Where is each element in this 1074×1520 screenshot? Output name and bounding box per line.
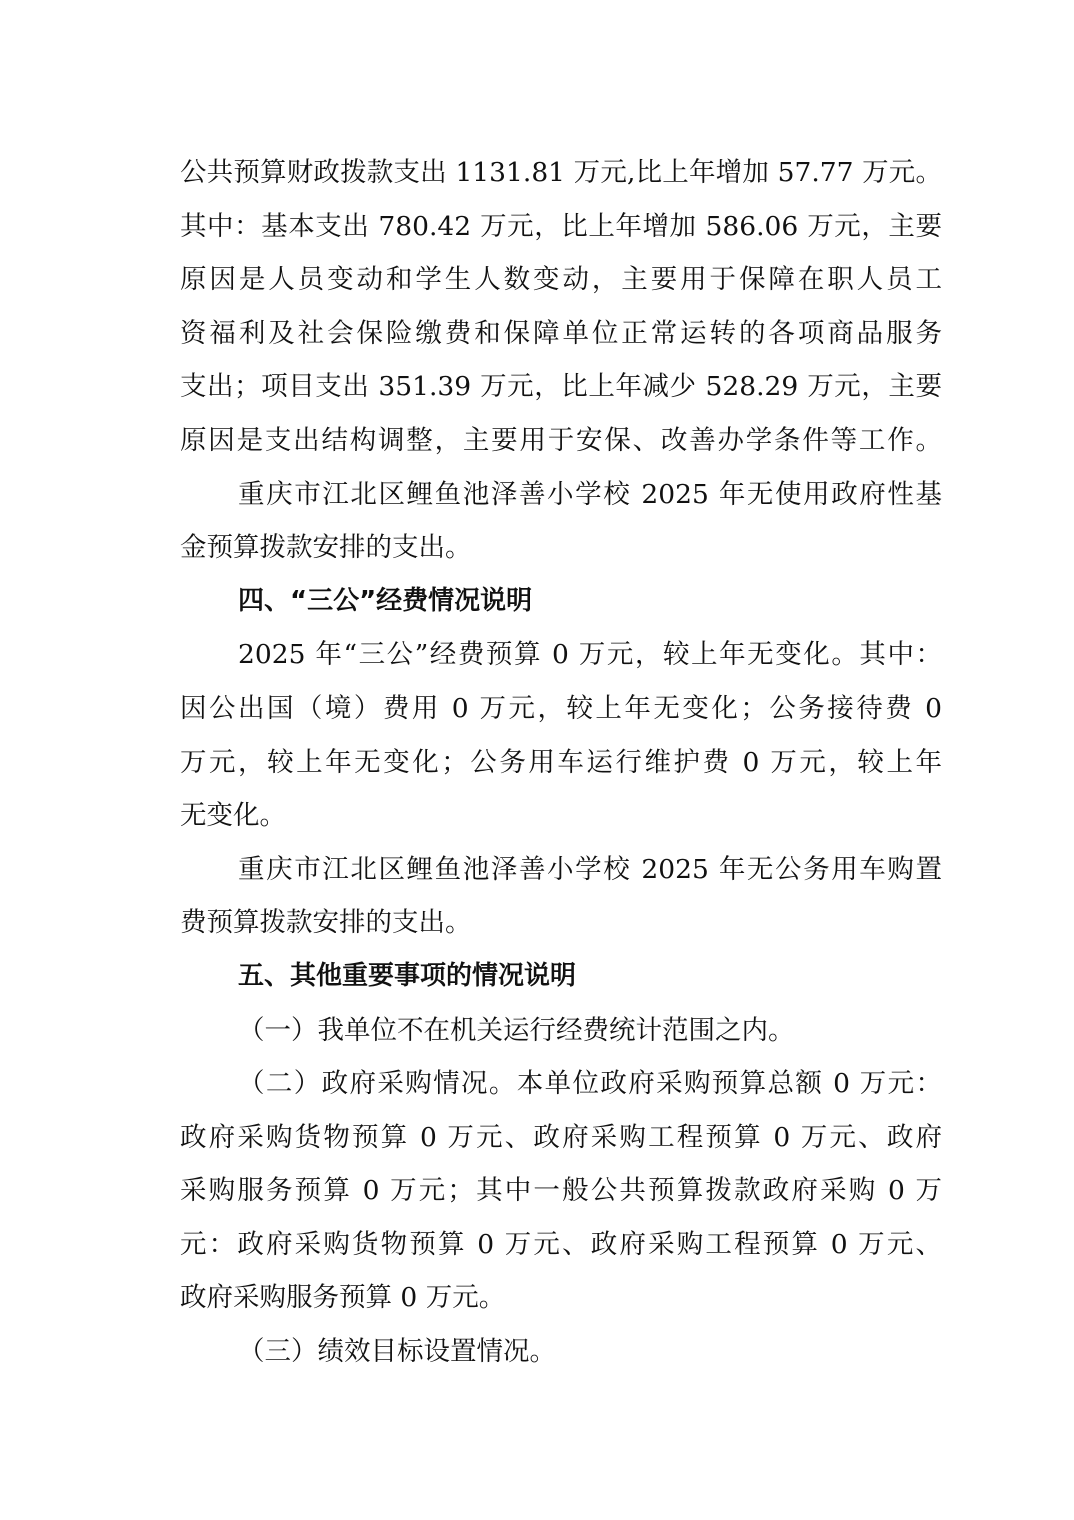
text-line: （二）政府采购情况。本单位政府采购预算总额 0 万元： bbox=[180, 1057, 942, 1111]
text-line: （一）我单位不在机关运行经费统计范围之内。 bbox=[180, 1004, 942, 1058]
text-line: 资福利及社会保险缴费和保障单位正常运转的各项商品服务 bbox=[180, 307, 942, 361]
paragraph-general-budget-expenditure: 公共预算财政拨款支出 1131.81 万元,比上年增加 57.77 万元。 其中… bbox=[180, 146, 942, 468]
heading-section-four: 四、“三公”经费情况说明 bbox=[180, 575, 942, 629]
text-line: 元：政府采购货物预算 0 万元、政府采购工程预算 0 万元、 bbox=[180, 1218, 942, 1272]
paragraph-item-three-performance: （三）绩效目标设置情况。 bbox=[180, 1325, 942, 1379]
paragraph-government-fund: 重庆市江北区鲤鱼池泽善小学校 2025 年无使用政府性基 金预算拨款安排的支出。 bbox=[180, 468, 942, 575]
paragraph-item-one: （一）我单位不在机关运行经费统计范围之内。 bbox=[180, 1004, 942, 1058]
text-line: 原因是支出结构调整，主要用于安保、改善办学条件等工作。 bbox=[180, 414, 942, 468]
heading-section-five: 五、其他重要事项的情况说明 bbox=[180, 950, 942, 1004]
paragraph-vehicle-purchase: 重庆市江北区鲤鱼池泽善小学校 2025 年无公务用车购置 费预算拨款安排的支出。 bbox=[180, 843, 942, 950]
text-line: 重庆市江北区鲤鱼池泽善小学校 2025 年无使用政府性基 bbox=[180, 468, 942, 522]
text-line: 其中：基本支出 780.42 万元，比上年增加 586.06 万元，主要 bbox=[180, 200, 942, 254]
text-line: 无变化。 bbox=[180, 789, 942, 843]
text-line: 公共预算财政拨款支出 1131.81 万元,比上年增加 57.77 万元。 bbox=[180, 146, 942, 200]
text-line: 政府采购货物预算 0 万元、政府采购工程预算 0 万元、政府 bbox=[180, 1111, 942, 1165]
text-line: 因公出国（境）费用 0 万元，较上年无变化；公务接待费 0 bbox=[180, 682, 942, 736]
text-line: 费预算拨款安排的支出。 bbox=[180, 896, 942, 950]
paragraph-three-public-expenses: 2025 年“三公”经费预算 0 万元，较上年无变化。其中： 因公出国（境）费用… bbox=[180, 628, 942, 842]
text-line: 采购服务预算 0 万元；其中一般公共预算拨款政府采购 0 万 bbox=[180, 1164, 942, 1218]
document-page: 公共预算财政拨款支出 1131.81 万元,比上年增加 57.77 万元。 其中… bbox=[180, 146, 942, 1379]
text-line: 政府采购服务预算 0 万元。 bbox=[180, 1271, 942, 1325]
text-line: 金预算拨款安排的支出。 bbox=[180, 521, 942, 575]
paragraph-item-two-procurement: （二）政府采购情况。本单位政府采购预算总额 0 万元： 政府采购货物预算 0 万… bbox=[180, 1057, 942, 1325]
text-line: 支出；项目支出 351.39 万元，比上年减少 528.29 万元，主要 bbox=[180, 360, 942, 414]
text-line: （三）绩效目标设置情况。 bbox=[180, 1325, 942, 1379]
text-line: 原因是人员变动和学生人数变动，主要用于保障在职人员工 bbox=[180, 253, 942, 307]
text-line: 重庆市江北区鲤鱼池泽善小学校 2025 年无公务用车购置 bbox=[180, 843, 942, 897]
text-line: 2025 年“三公”经费预算 0 万元，较上年无变化。其中： bbox=[180, 628, 942, 682]
text-line: 万元，较上年无变化；公务用车运行维护费 0 万元，较上年 bbox=[180, 736, 942, 790]
